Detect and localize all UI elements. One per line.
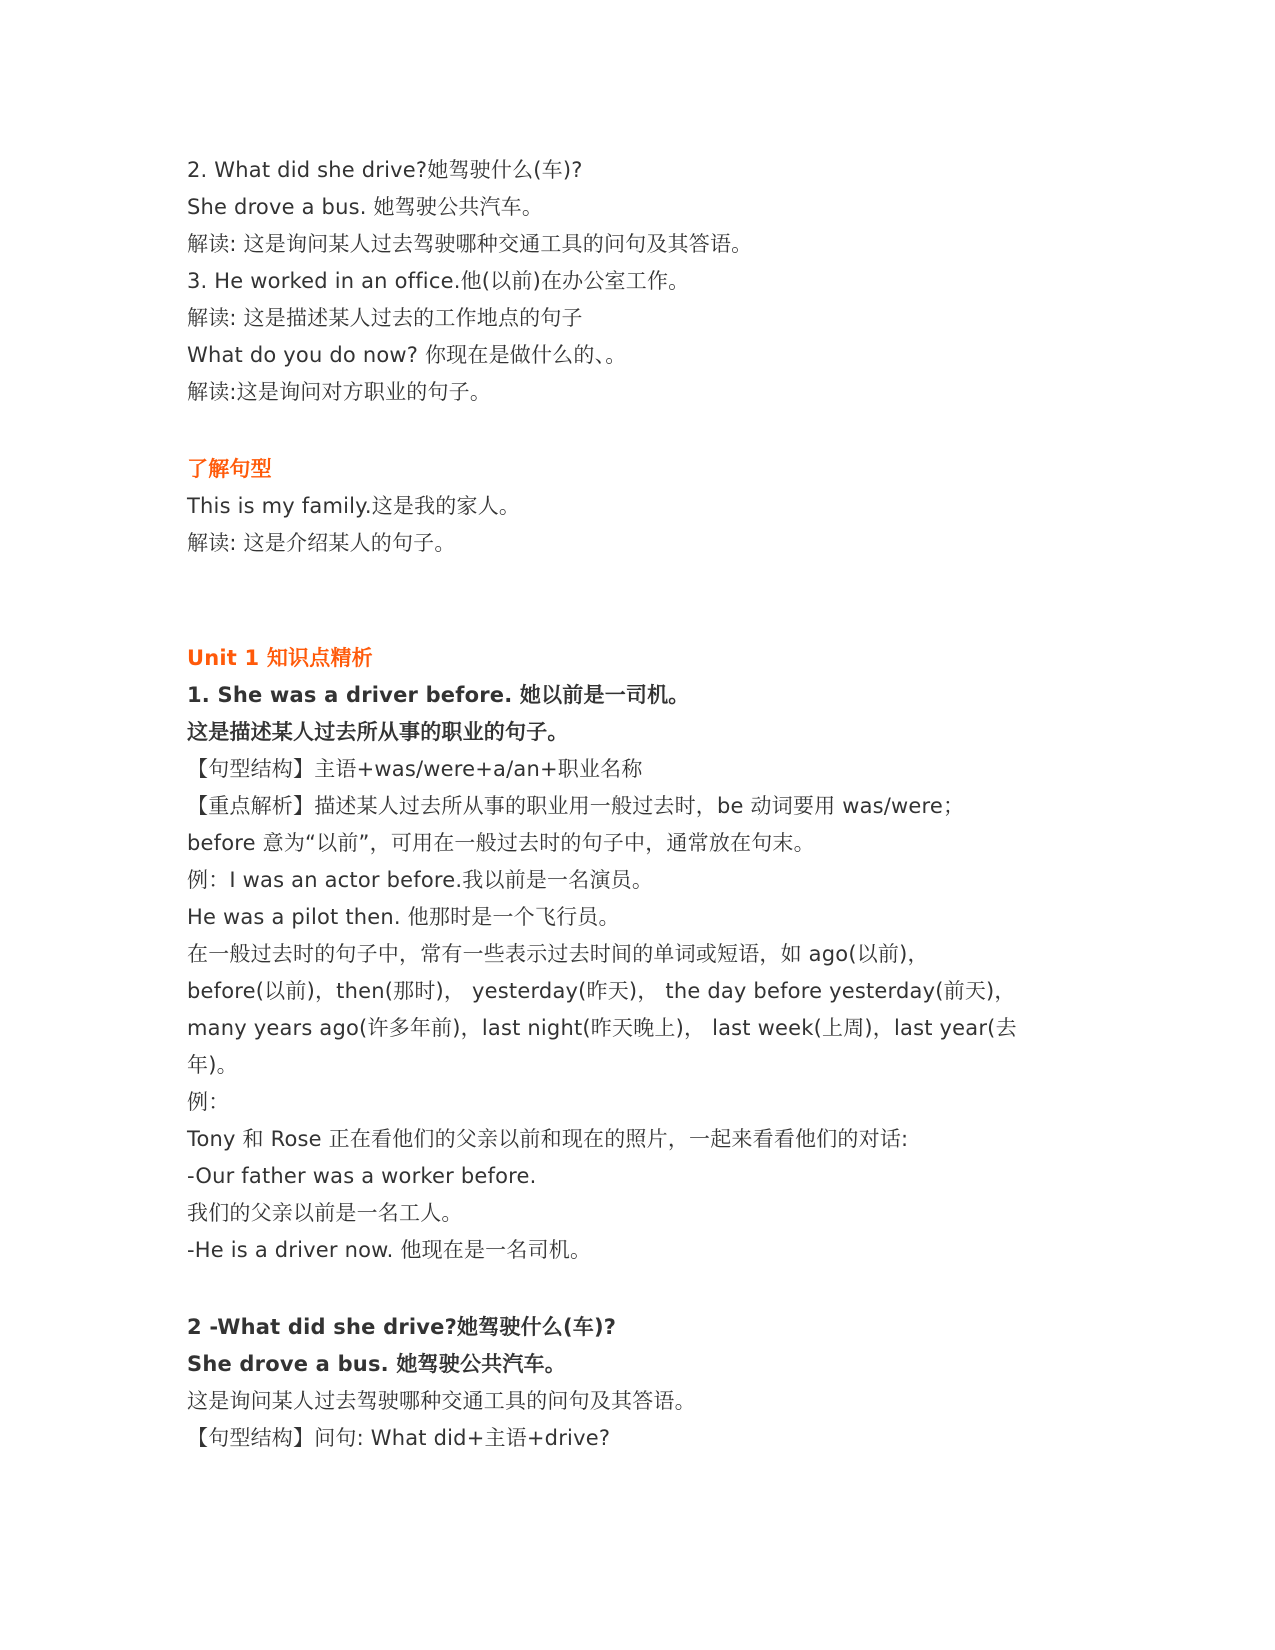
section-heading: Unit 1 知识点精析 (187, 640, 1067, 677)
text-line: What do you do now? 你现在是做什么的、。 (187, 337, 1067, 374)
text-line: 例：I was an actor before.我以前是一名演员。 (187, 862, 1067, 899)
knowledge-point-1: 1. She was a driver before. 她以前是一司机。 这是描… (187, 677, 1067, 1269)
text-line: 解读: 这是介绍某人的句子。 (187, 525, 1067, 562)
spacer (187, 411, 1067, 451)
text-line: before 意为“以前”，可用在一般过去时的句子中，通常放在句末。 (187, 825, 1067, 862)
know-sentence-section: 了解句型 This is my family.这是我的家人。 解读: 这是介绍某… (187, 451, 1067, 562)
text-line: 这是询问某人过去驾驶哪种交通工具的问句及其答语。 (187, 1383, 1067, 1420)
text-line: before(以前)，then(那时)， yesterday(昨天)， the … (187, 973, 1067, 1010)
text-line: 【句型结构】主语+was/were+a/an+职业名称 (187, 751, 1067, 788)
point-title: 1. She was a driver before. 她以前是一司机。 (187, 677, 1067, 714)
text-line: 解读:这是询问对方职业的句子。 (187, 374, 1067, 411)
intro-section: 2. What did she drive?她驾驶什么(车)? She drov… (187, 152, 1067, 411)
text-line: Tony 和 Rose 正在看他们的父亲以前和现在的照片，一起来看看他们的对话: (187, 1121, 1067, 1158)
text-line: many years ago(许多年前)，last night(昨天晚上)， l… (187, 1010, 1067, 1047)
spacer (187, 1269, 1067, 1309)
text-line: 解读: 这是询问某人过去驾驶哪种交通工具的问句及其答语。 (187, 226, 1067, 263)
text-line: 【句型结构】问句: What did+主语+drive? (187, 1420, 1067, 1457)
text-line: -He is a driver now. 他现在是一名司机。 (187, 1232, 1067, 1269)
text-line: -Our father was a worker before. (187, 1158, 1067, 1195)
point-title: 2 -What did she drive?她驾驶什么(车)? (187, 1309, 1067, 1346)
text-line: 例： (187, 1084, 1067, 1121)
text-line: 在一般过去时的句子中，常有一些表示过去时间的单词或短语，如 ago(以前)， (187, 936, 1067, 973)
text-line: He was a pilot then. 他那时是一个飞行员。 (187, 899, 1067, 936)
text-line: 3. He worked in an office.他(以前)在办公室工作。 (187, 263, 1067, 300)
text-line: She drove a bus. 她驾驶公共汽车。 (187, 189, 1067, 226)
text-line: 我们的父亲以前是一名工人。 (187, 1195, 1067, 1232)
section-heading: 了解句型 (187, 451, 1067, 488)
text-line: 年)。 (187, 1047, 1067, 1084)
text-line: 2. What did she drive?她驾驶什么(车)? (187, 152, 1067, 189)
knowledge-point-2: 2 -What did she drive?她驾驶什么(车)? She drov… (187, 1309, 1067, 1457)
spacer (187, 562, 1067, 640)
unit1-section: Unit 1 知识点精析 1. She was a driver before.… (187, 640, 1067, 1457)
document-page: 2. What did she drive?她驾驶什么(车)? She drov… (187, 152, 1067, 1457)
text-line: This is my family.这是我的家人。 (187, 488, 1067, 525)
point-subtitle: 这是描述某人过去所从事的职业的句子。 (187, 714, 1067, 751)
point-subtitle: She drove a bus. 她驾驶公共汽车。 (187, 1346, 1067, 1383)
text-line: 【重点解析】描述某人过去所从事的职业用一般过去时，be 动词要用 was/wer… (187, 788, 1067, 825)
text-line: 解读: 这是描述某人过去的工作地点的句子 (187, 300, 1067, 337)
